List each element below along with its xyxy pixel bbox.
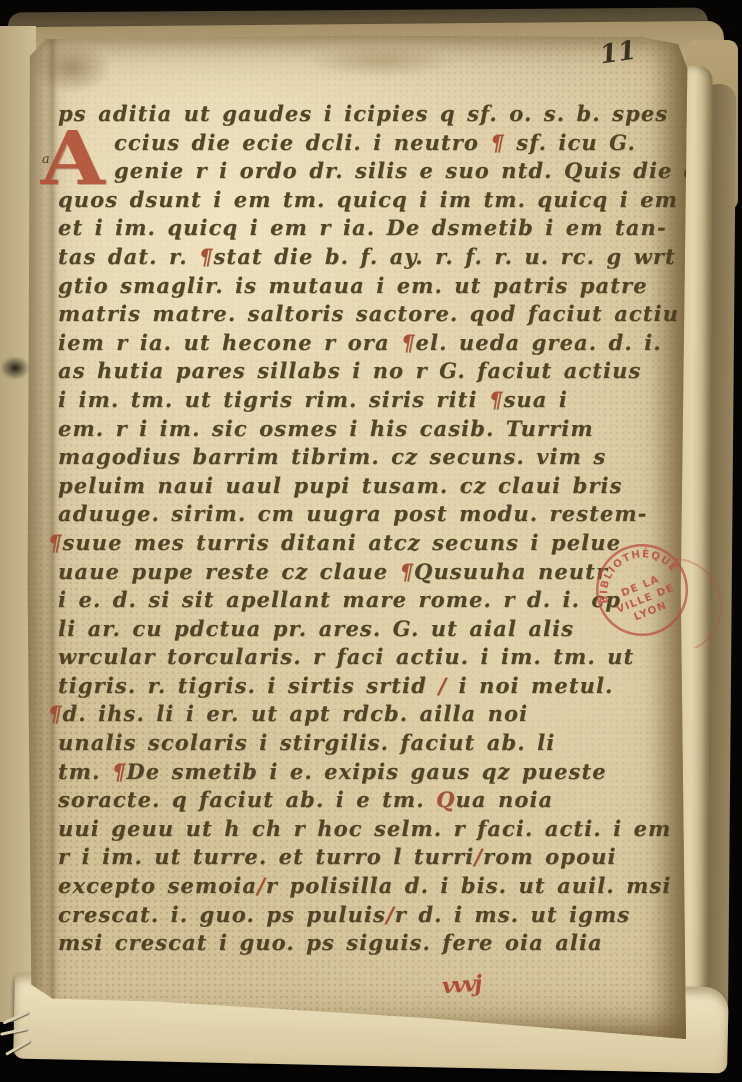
manuscript-line: gtio smaglir. is mutaua i em. ut patris …	[58, 272, 678, 301]
parchment-stain	[32, 42, 112, 94]
manuscript-line: ¶d. ihs. li i er. ut apt rdcb. ailla noi	[48, 700, 678, 729]
ink-text: suue mes turris ditani atcz secuns i pel…	[62, 530, 621, 555]
manuscript-line: wrcular torcularis. r faci actiu. i im. …	[58, 643, 678, 672]
ink-text: msi crescat i guo. ps siguis. fere oia a…	[58, 930, 603, 955]
manuscript-line: i im. tm. ut tigris rim. siris riti ¶sua…	[58, 386, 678, 415]
ink-text: r polisilla d. i bis. ut auil. msi	[266, 873, 672, 898]
parchment-page: 11 a A ps aditia ut gaudes i icipies q s…	[26, 34, 688, 1042]
rubric-mark: ¶	[401, 330, 415, 355]
stamp-offset-impression	[676, 558, 734, 648]
ink-text: unalis scolaris i stirgilis. faciut ab. …	[58, 730, 555, 755]
ink-text: stat die b. f. ay. r. f. r. u. rc. g wrt…	[213, 244, 701, 269]
ink-text: sua i	[503, 387, 568, 412]
ink-text: as hutia pares sillabs i no r G. faciut …	[58, 358, 641, 383]
manuscript-line: tm. ¶De smetib i e. exipis gaus qz puest…	[58, 758, 678, 787]
manuscript-line: ¶suue mes turris ditani atcz secuns i pe…	[48, 529, 678, 558]
ink-text: uui geuu ut h ch r hoc selm. r faci. act…	[58, 816, 671, 841]
rubric-mark: /	[438, 673, 447, 698]
ink-text: crescat. i. guo. ps puluis	[58, 902, 386, 927]
rubric-mark: ¶	[400, 559, 414, 584]
ink-text: De smetib i e. exipis gaus qz pueste	[126, 759, 606, 784]
text-block: ps aditia ut gaudes i icipies q sf. o. s…	[58, 100, 678, 958]
manuscript-line: as hutia pares sillabs i no r G. faciut …	[58, 357, 678, 386]
manuscript-line: msi crescat i guo. ps siguis. fere oia a…	[58, 929, 678, 958]
ink-text: r d. i ms. ut igms	[395, 902, 630, 927]
ink-text: matris matre. saltoris sactore. qod faci…	[58, 301, 679, 326]
ink-text: aduuge. sirim. cm uugra post modu. reste…	[58, 501, 647, 526]
ink-text: ccius die ecie dcli. i neutro	[114, 130, 490, 155]
ink-text: ps aditia ut gaudes i icipies q sf. o. s…	[58, 101, 668, 126]
ink-text: tm.	[58, 759, 112, 784]
quire-mark: vvvj	[441, 971, 481, 1000]
rubric-mark: /	[257, 873, 266, 898]
manuscript-line: magodius barrim tibrim. cz secuns. vim s	[58, 443, 678, 472]
ink-text: peluim naui uaul pupi tusam. cz claui br…	[58, 473, 623, 498]
ink-text: gtio smaglir. is mutaua i em. ut patris …	[58, 273, 648, 298]
sewing-hole	[0, 356, 30, 380]
ink-text: d. ihs. li i er. ut apt rdcb. ailla noi	[62, 701, 528, 726]
manuscript-line: ccius die ecie dcli. i neutro ¶ sf. icu …	[114, 129, 678, 158]
stamp-echo-circle	[676, 558, 722, 648]
ink-text: el. ueda grea. d. i.	[416, 330, 662, 355]
rubric-mark: ¶	[48, 530, 62, 555]
rubric-mark: /	[474, 844, 483, 869]
ink-text: tas dat. r.	[58, 244, 199, 269]
ink-text: wrcular torcularis. r faci actiu. i im. …	[58, 644, 634, 669]
ink-text: soracte. q faciut ab. i e tm.	[58, 787, 436, 812]
manuscript-line: uui geuu ut h ch r hoc selm. r faci. act…	[58, 815, 678, 844]
rubric-mark: ¶	[490, 130, 504, 155]
ink-text: iem r ia. ut hecone r ora	[58, 330, 401, 355]
rubric-mark: /	[386, 902, 395, 927]
parchment-stain	[306, 44, 456, 78]
manuscript-line: unalis scolaris i stirgilis. faciut ab. …	[58, 729, 678, 758]
manuscript-line: crescat. i. guo. ps puluis/r d. i ms. ut…	[58, 901, 678, 930]
ink-text: em. r i im. sic osmes i his casib. Turri…	[58, 416, 594, 441]
manuscript-photo: 11 a A ps aditia ut gaudes i icipies q s…	[0, 0, 742, 1082]
ink-text: et i im. quicq i em r ia. De dsmetib i e…	[58, 215, 667, 240]
ink-text: uaue pupe reste cz claue	[58, 559, 400, 584]
manuscript-line: peluim naui uaul pupi tusam. cz claui br…	[58, 472, 678, 501]
manuscript-line: li ar. cu pdctua pr. ares. G. ut aial al…	[58, 615, 678, 644]
ink-text: i e. d. si sit apellant mare rome. r d. …	[58, 587, 621, 612]
manuscript-line: excepto semoia/r polisilla d. i bis. ut …	[58, 872, 678, 901]
manuscript-line: iem r ia. ut hecone r ora ¶el. ueda grea…	[58, 329, 678, 358]
manuscript-line: em. r i im. sic osmes i his casib. Turri…	[58, 415, 678, 444]
ink-text: i im. tm. ut tigris rim. siris riti	[58, 387, 489, 412]
folio-number: 11	[598, 36, 638, 71]
manuscript-line: ps aditia ut gaudes i icipies q sf. o. s…	[58, 100, 678, 129]
ink-text: ua noia	[455, 787, 553, 812]
ink-text: magodius barrim tibrim. cz secuns. vim s	[58, 444, 606, 469]
manuscript-line: genie r i ordo dr. silis e suo ntd. Quis…	[114, 157, 678, 186]
rubric-mark: ¶	[48, 701, 62, 726]
rubric-mark: Q	[436, 787, 455, 812]
rubric-mark: ¶	[489, 387, 503, 412]
manuscript-line: soracte. q faciut ab. i e tm. Qua noia	[58, 786, 678, 815]
rubric-mark: ¶	[199, 244, 213, 269]
manuscript-line: aduuge. sirim. cm uugra post modu. reste…	[58, 500, 678, 529]
ink-text: r i im. ut turre. et turro l turri	[58, 844, 474, 869]
ink-text: quos dsunt i em tm. quicq i im tm. quicq…	[58, 187, 678, 212]
ink-text: li ar. cu pdctua pr. ares. G. ut aial al…	[58, 616, 574, 641]
ink-text: tigris. r. tigris. i sirtis srtid	[58, 673, 438, 698]
manuscript-line: quos dsunt i em tm. quicq i im tm. quicq…	[58, 186, 678, 215]
manuscript-line: r i im. ut turre. et turro l turri/rom o…	[58, 843, 678, 872]
ink-text: excepto semoia	[58, 873, 257, 898]
ink-text: i noi metul.	[447, 673, 613, 698]
manuscript-line: i e. d. si sit apellant mare rome. r d. …	[58, 586, 678, 615]
manuscript-line: et i im. quicq i em r ia. De dsmetib i e…	[58, 214, 678, 243]
manuscript-line: matris matre. saltoris sactore. qod faci…	[58, 300, 678, 329]
ink-text: genie r i ordo dr. silis e suo ntd. Quis…	[114, 158, 732, 183]
manuscript-line: tas dat. r. ¶stat die b. f. ay. r. f. r.…	[58, 243, 678, 272]
manuscript-line: tigris. r. tigris. i sirtis srtid / i no…	[58, 672, 678, 701]
ink-text: rom opoui	[483, 844, 616, 869]
ink-text: sf. icu G.	[505, 130, 636, 155]
rubric-mark: ¶	[112, 759, 126, 784]
